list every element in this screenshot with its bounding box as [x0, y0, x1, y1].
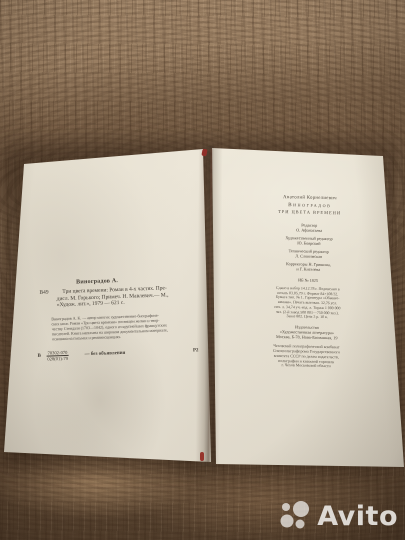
staff-pair: Корректоры Н. Гришина, и Г. Киселева: [234, 260, 382, 273]
code-suffix: — без объявления: [85, 351, 126, 357]
printer-block: Чеховский полиграфический комбинат Союзп…: [232, 343, 381, 370]
catalog-index-code: В49: [39, 289, 48, 295]
avito-watermark: Avito: [278, 499, 398, 533]
spine-red-edge-bottom: [200, 452, 204, 461]
staff-pair: Художественный редактор Ю. Боярский: [235, 234, 383, 247]
avito-watermark-text: Avito: [317, 503, 398, 530]
avito-logo-icon: [278, 499, 312, 533]
catalog-entry-text: Три цвета времени: Роман в 4-х частях. П…: [56, 284, 197, 309]
staff-pair: Редактор О. Афанасьева: [235, 221, 383, 234]
annotation-paragraph: Виноградов А. К. — автор многих художест…: [51, 311, 200, 341]
catalog-entry: В49 Три цвета времени: Роман в 4-х частя…: [34, 284, 199, 309]
imprint-paragraph: Сдано в набор 14.12.78 г. Подписано в пе…: [233, 285, 382, 321]
code-letter: В: [38, 354, 42, 359]
staff-credits: Редактор О. Афанасьева Художественный ре…: [234, 221, 383, 273]
photo-open-book: Виноградов А. В49 Три цвета времени: Ром…: [0, 0, 405, 540]
staff-pair: Технический редактор Л. Слонимская: [235, 247, 383, 260]
code-denominator: 028(01)-79: [47, 356, 69, 362]
ib-number: ИБ № 1825: [234, 276, 382, 284]
code-fraction: 70302-070 028(01)-79: [46, 350, 68, 363]
publisher-block: Издательство «Художественная литература»…: [233, 323, 381, 342]
colophon: Анатолий Корнелиевич Виноградов ТРИ ЦВЕТ…: [232, 194, 384, 371]
catalog-card: Виноградов А. В49 Три цвета времени: Ром…: [34, 275, 201, 363]
